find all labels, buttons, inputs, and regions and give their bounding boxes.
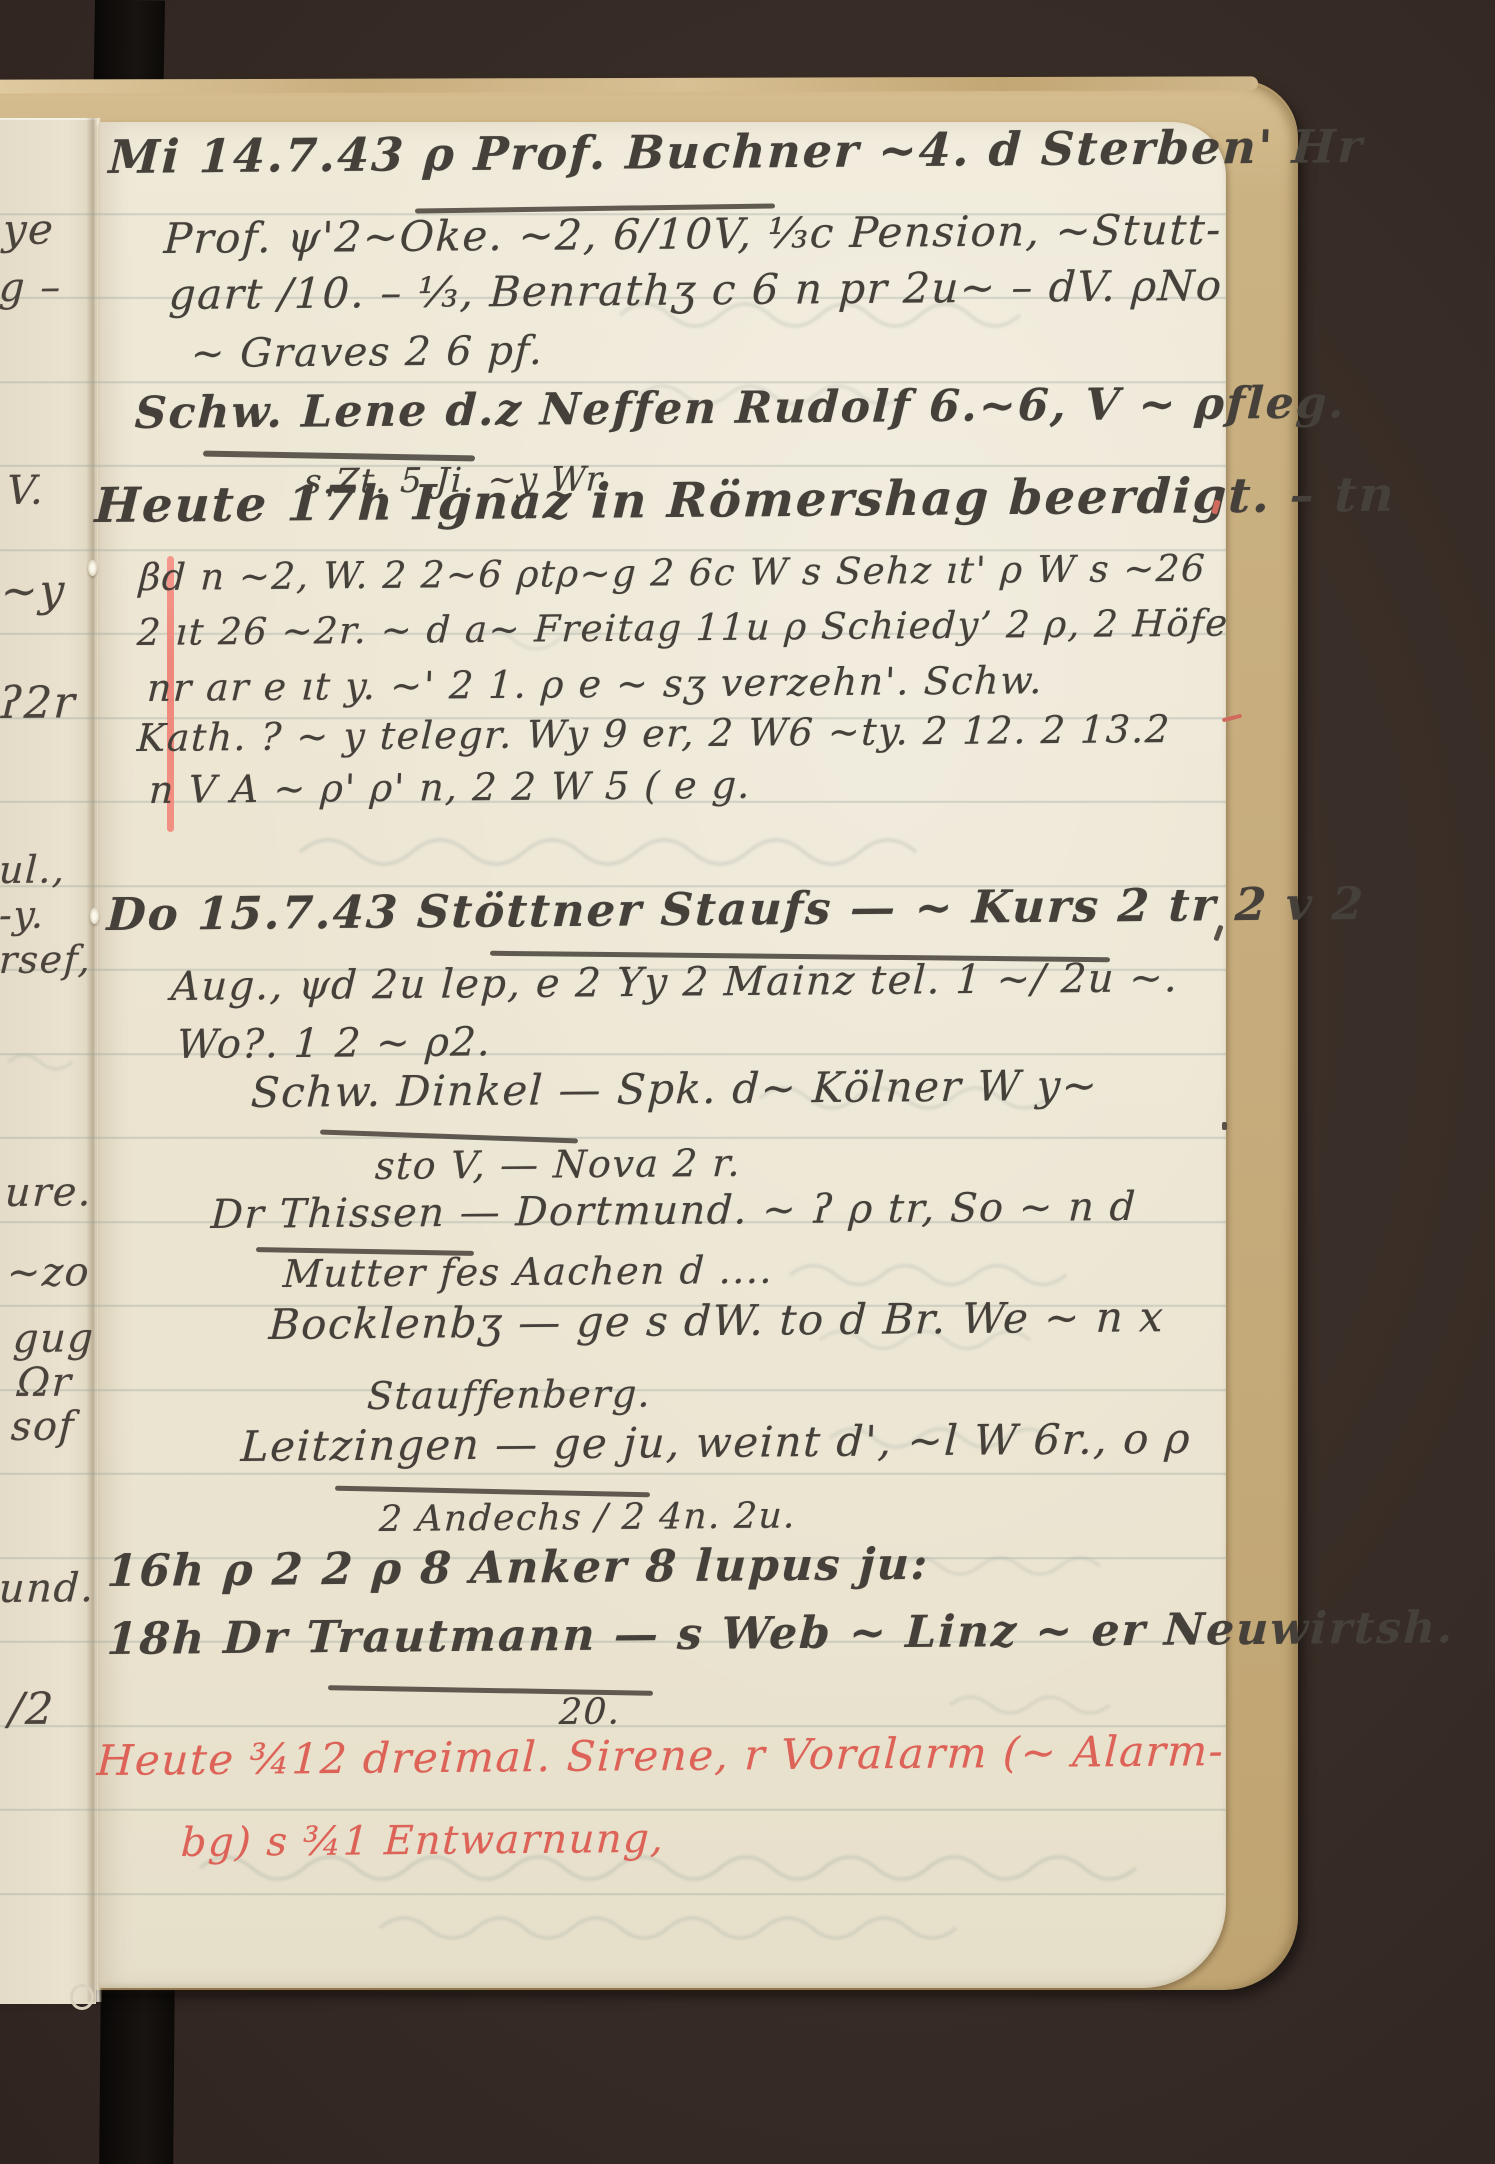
diary-line: 20.	[558, 1691, 622, 1733]
diary-line: Kath. ? ~ y telegr. Wy 9 er, 2 W6 ~ty. 2…	[136, 707, 1172, 760]
diary-line: n V A ~ ρ' ρ' n, 2 2 W 5 ( e g.	[148, 763, 752, 812]
margin-fragment: und.	[0, 1565, 96, 1612]
margin-fragment: sof	[10, 1403, 76, 1450]
margin-fragment: ʔ2r	[0, 677, 77, 729]
diary-line: Schw. Lene d.z Neffen Rudolf 6.~6, V ~ ρ…	[134, 377, 1347, 439]
margin-fragment: ye	[2, 205, 56, 254]
diary-line: nr ar e ıt y. ~' 2 1. ρ e ~ sʒ verzehn'.…	[146, 658, 1044, 710]
diary-line: Wo?. 1 2 ~ ρ2.	[176, 1019, 493, 1068]
margin-fragment: Ωr	[16, 1360, 73, 1407]
diary-line: 16h ρ 2 2 ρ 8 Anker 8 lupus ju:	[106, 1539, 930, 1597]
diary-line: ~ Graves 2 6 pf.	[190, 328, 545, 377]
margin-fragment: V.	[6, 468, 46, 514]
ink-edge-mark	[1222, 1122, 1227, 1130]
margin-fragment: ~y	[0, 565, 67, 617]
diary-line: Mutter fes Aachen d ....	[282, 1248, 774, 1296]
margin-fragment: ~zo	[6, 1249, 91, 1296]
diary-line: 2 Andechs / 2 4n. 2u.	[378, 1495, 797, 1540]
red-ink-note-line: Heute ¾12 dreimal. Sirene, r Voralarm (~…	[96, 1726, 1226, 1785]
margin-fragment: gug	[12, 1315, 95, 1362]
scanned-diary-page: Mi 14.7.43 ρ Prof. Buchner ~4. d Sterben…	[0, 0, 1495, 2164]
diary-line: sto V, — Nova 2 r.	[374, 1141, 742, 1188]
diary-line: Mi 14.7.43 ρ Prof. Buchner ~4. d Sterben…	[108, 119, 1365, 184]
diary-line: Heute 17h Ignaz in Römershag beerdigt. –…	[94, 467, 1397, 534]
margin-fragment: rsef,	[0, 937, 92, 982]
diary-line: Stauffenberg.	[366, 1372, 652, 1419]
diary-line: gart /10. – ⅓, Benrathʒ c 6 n pr 2u~ – d…	[168, 261, 1224, 319]
diary-line: Leitzingen — ge ju, weint d', ~l W 6r., …	[240, 1414, 1192, 1471]
diary-line: Schw. Dinkel — Spk. d~ Kölner W y~	[250, 1061, 1100, 1117]
diary-line: Aug., ψd 2u lep, e 2 Yy 2 Mainz tel. 1 ~…	[170, 955, 1180, 1010]
margin-fragment: ure.	[4, 1169, 93, 1216]
diary-line: Bocklenbʒ — ge s dW. to d Br. We ~ n x	[268, 1292, 1166, 1349]
margin-fragment: -y.	[0, 893, 46, 937]
margin-fragment: g –	[0, 264, 63, 311]
margin-fragment: ul.,	[0, 847, 67, 892]
red-ink-note-line: bg) s ¾1 Entwarnung,	[180, 1816, 666, 1866]
diary-line: Do 15.7.43 Stöttner Staufs — ~ Kurs 2 tr…	[106, 877, 1366, 941]
diary-line: Prof. ψ'2~Oke. ~2, 6/10V, ⅓c Pension, ~S…	[163, 205, 1223, 263]
diary-line: Dr Thissen — Dortmund. ~ ʔ ρ tr, So ~ n …	[210, 1184, 1138, 1238]
margin-fragment: /2	[8, 1684, 56, 1735]
